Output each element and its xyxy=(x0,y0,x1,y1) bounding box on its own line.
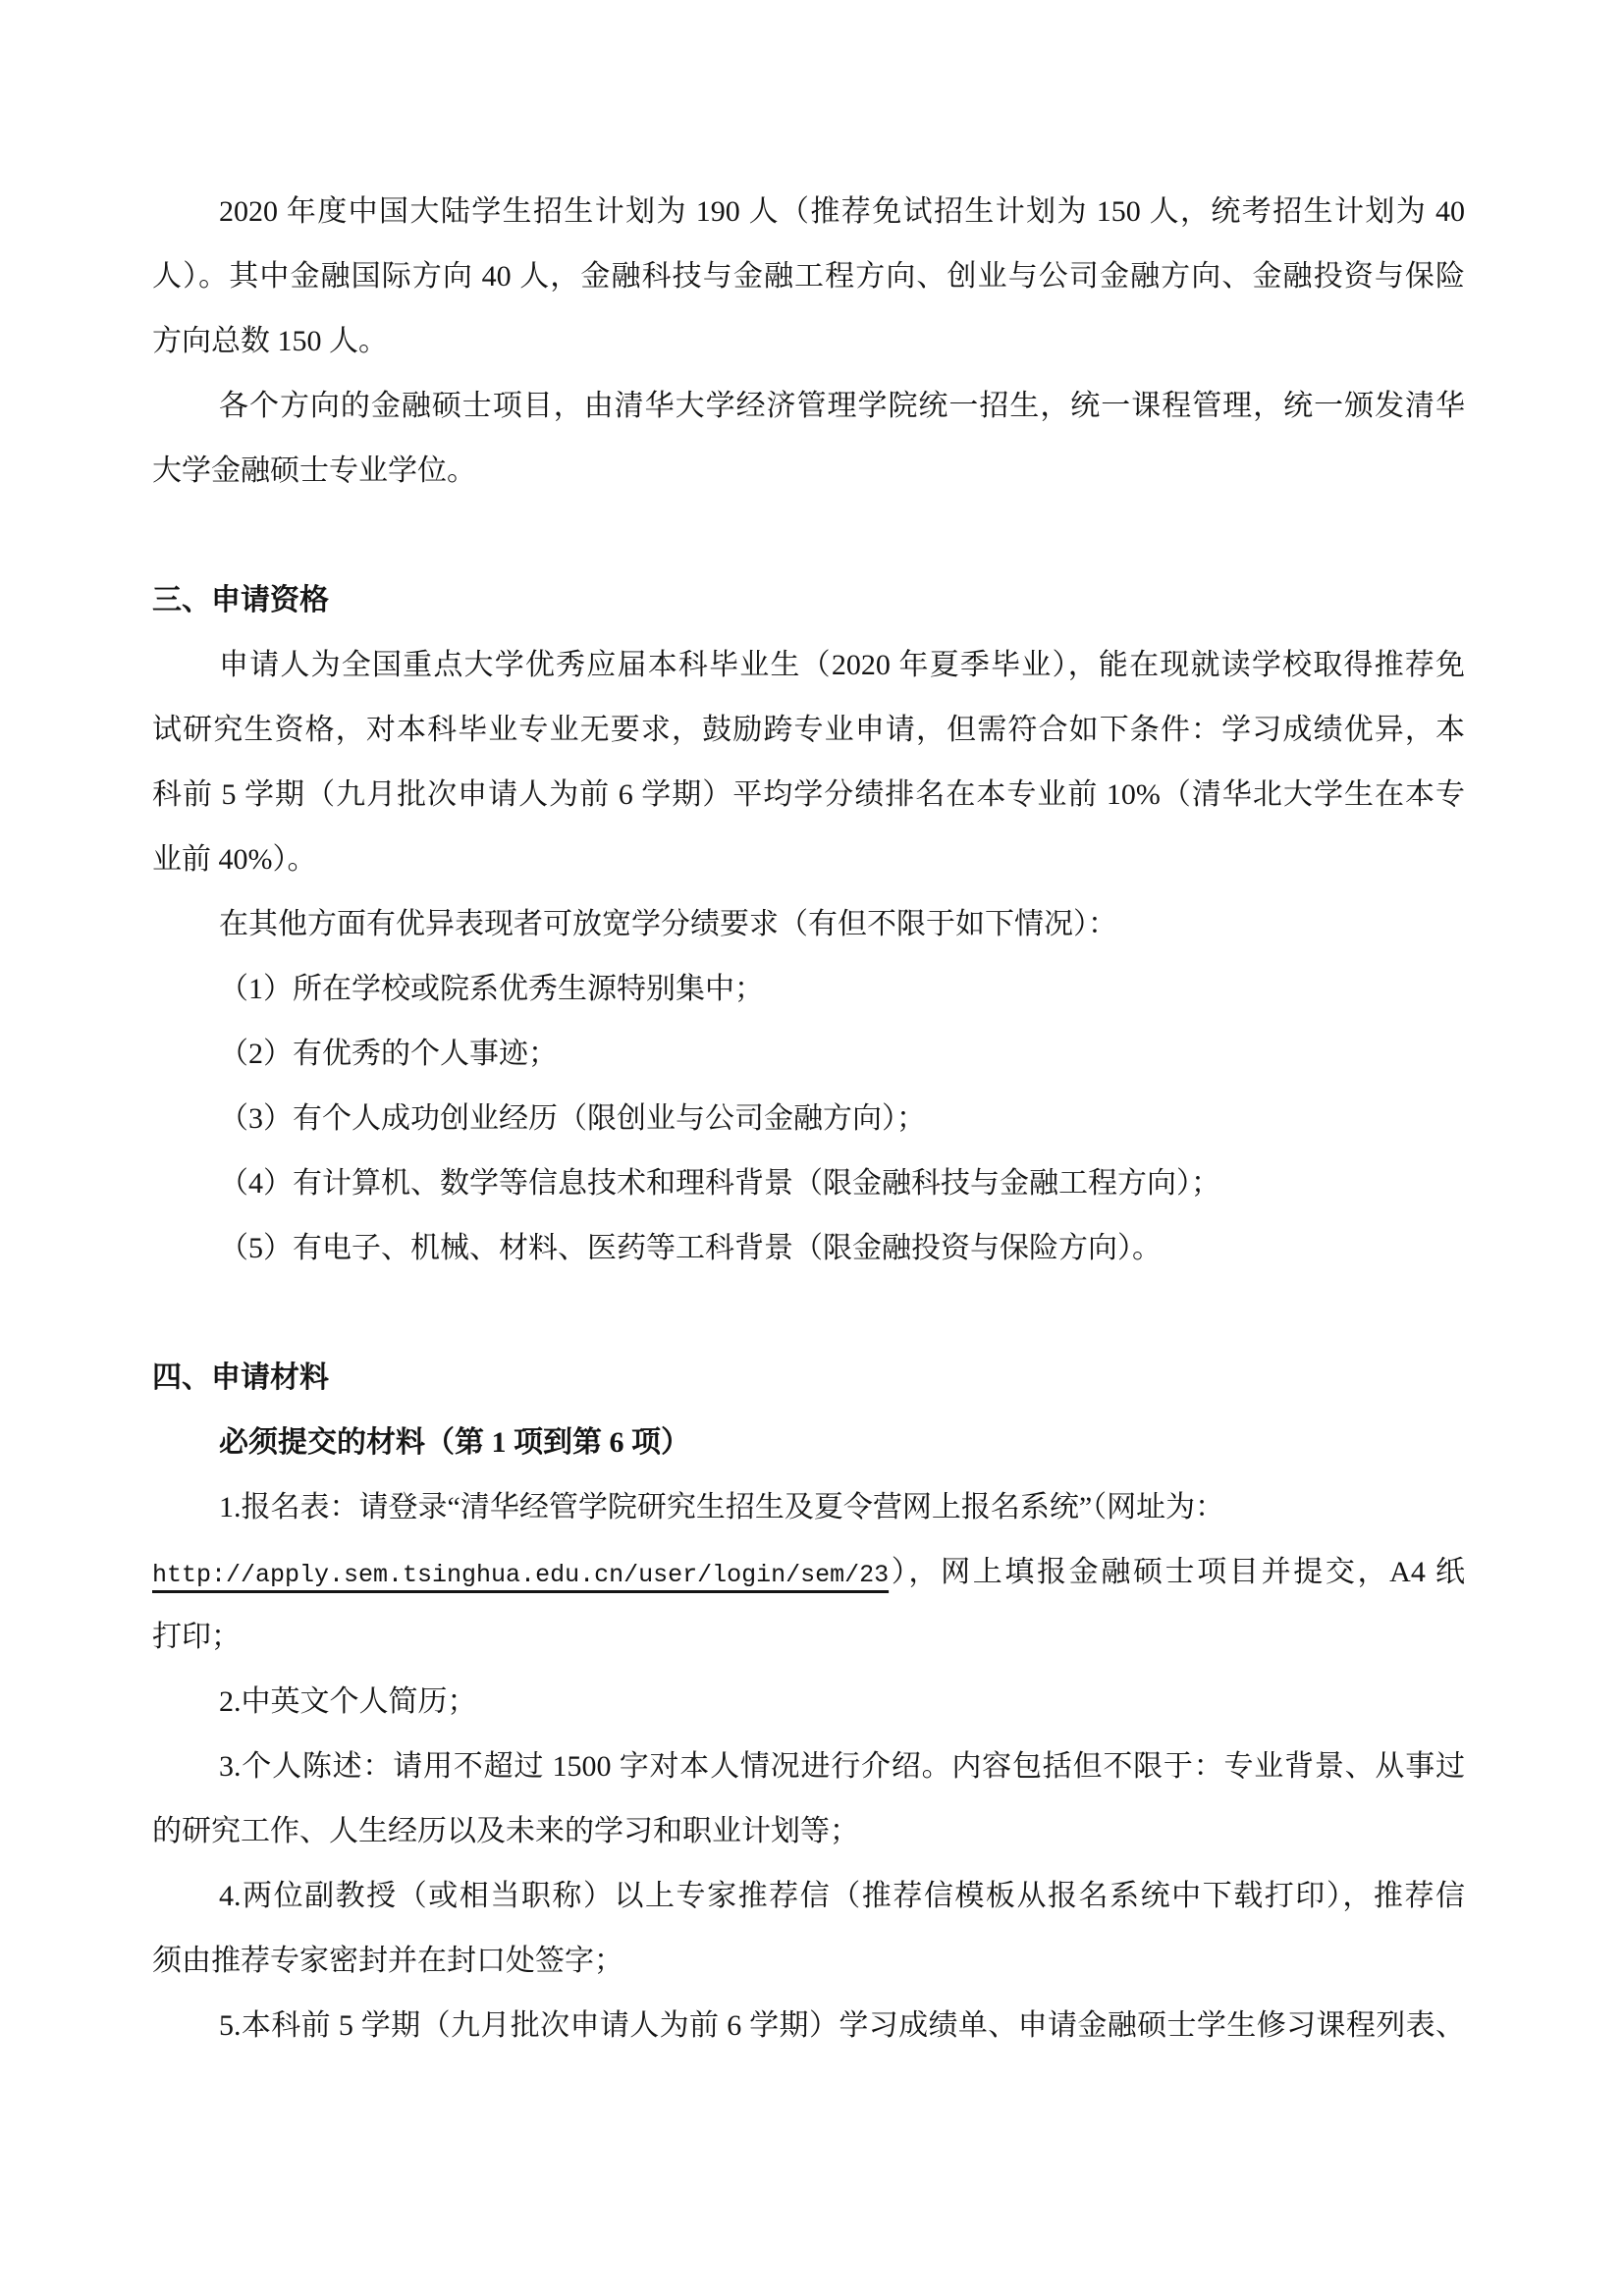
text-span: 须由推荐专家密封并在封口处签字； xyxy=(152,1945,623,1977)
text-span: （5）有电子、机械、材料、医药等工科背景（限金融投资与保险方向）。 xyxy=(219,1232,1162,1264)
text-span: （4）有计算机、数学等信息技术和理科背景（限金融科技与金融工程方向）； xyxy=(219,1167,1220,1200)
text-span: 三、申请资格 xyxy=(152,584,329,616)
text-span: 的研究工作、人生经历以及未来的学习和职业计划等； xyxy=(152,1815,859,1847)
document-body: 2020 年度中国大陆学生招生计划为 190 人（推荐免试招生计划为 150 人… xyxy=(152,180,1465,2058)
document-page: 2020 年度中国大陆学生招生计划为 190 人（推荐免试招生计划为 150 人… xyxy=(0,0,1624,2296)
text-line: 须由推荐专家密封并在封口处签字； xyxy=(152,1929,1465,1994)
text-line: 必须提交的材料（第 1 项到第 6 项） xyxy=(152,1411,1465,1475)
text-span: 方向总数 150 人。 xyxy=(152,325,388,357)
text-line: 5.本科前 5 学期（九月批次申请人为前 6 学期）学习成绩单、申请金融硕士学生… xyxy=(152,1994,1465,2058)
text-line: 科前 5 学期（九月批次申请人为前 6 学期）平均学分绩排名在本专业前 10%（… xyxy=(152,763,1465,828)
text-span: 1.报名表：请登录“清华经管学院研究生招生及夏令营网上报名系统”（网址为： xyxy=(219,1491,1224,1523)
text-line: 1.报名表：请登录“清华经管学院研究生招生及夏令营网上报名系统”（网址为： xyxy=(152,1475,1465,1540)
text-span: 大学金融硕士专业学位。 xyxy=(152,454,476,487)
text-line: 2020 年度中国大陆学生招生计划为 190 人（推荐免试招生计划为 150 人… xyxy=(152,180,1465,244)
text-span: 4.两位副教授（或相当职称）以上专家推荐信（推荐信模板从报名系统中下载打印），推… xyxy=(219,1880,1465,1912)
text-line: 人）。其中金融国际方向 40 人，金融科技与金融工程方向、创业与公司金融方向、金… xyxy=(152,244,1465,309)
text-line: （1）所在学校或院系优秀生源特别集中； xyxy=(152,957,1465,1022)
text-line: 试研究生资格，对本科毕业专业无要求，鼓励跨专业申请，但需符合如下条件：学习成绩优… xyxy=(152,698,1465,763)
text-line: （3）有个人成功创业经历（限创业与公司金融方向）； xyxy=(152,1087,1465,1151)
text-line: http://apply.sem.tsinghua.edu.cn/user/lo… xyxy=(152,1540,1465,1605)
text-line: 方向总数 150 人。 xyxy=(152,309,1465,374)
text-span: （2）有优秀的个人事迹； xyxy=(219,1038,558,1070)
blank-line xyxy=(152,504,1465,568)
text-line: 申请人为全国重点大学优秀应届本科毕业生（2020 年夏季毕业），能在现就读学校取… xyxy=(152,633,1465,698)
url-link[interactable]: http://apply.sem.tsinghua.edu.cn/user/lo… xyxy=(152,1561,889,1589)
section-heading: 四、申请材料 xyxy=(152,1346,1465,1411)
text-span: 试研究生资格，对本科毕业专业无要求，鼓励跨专业申请，但需符合如下条件：学习成绩优… xyxy=(152,714,1465,746)
text-line: 3.个人陈述：请用不超过 1500 字对本人情况进行介绍。内容包括但不限于：专业… xyxy=(152,1735,1465,1799)
text-span: 2020 年度中国大陆学生招生计划为 190 人（推荐免试招生计划为 150 人… xyxy=(219,195,1465,228)
text-line: 业前 40%）。 xyxy=(152,828,1465,892)
text-span: ），网上填报金融硕士项目并提交，A4 纸 xyxy=(889,1556,1465,1588)
text-span: 科前 5 学期（九月批次申请人为前 6 学期）平均学分绩排名在本专业前 10%（… xyxy=(152,778,1465,811)
text-span: 打印； xyxy=(152,1621,241,1653)
text-span: 业前 40%）。 xyxy=(152,843,317,876)
text-span: 在其他方面有优异表现者可放宽学分绩要求（有但不限于如下情况）： xyxy=(219,908,1117,940)
text-span: 申请人为全国重点大学优秀应届本科毕业生（2020 年夏季毕业），能在现就读学校取… xyxy=(219,649,1465,681)
text-line: （2）有优秀的个人事迹； xyxy=(152,1022,1465,1087)
text-line: 2.中英文个人简历； xyxy=(152,1670,1465,1735)
text-span: 2.中英文个人简历； xyxy=(219,1685,477,1718)
text-span: （3）有个人成功创业经历（限创业与公司金融方向）； xyxy=(219,1102,926,1135)
text-line: （5）有电子、机械、材料、医药等工科背景（限金融投资与保险方向）。 xyxy=(152,1216,1465,1281)
text-line: 在其他方面有优异表现者可放宽学分绩要求（有但不限于如下情况）： xyxy=(152,892,1465,957)
text-line: 的研究工作、人生经历以及未来的学习和职业计划等； xyxy=(152,1799,1465,1864)
text-line: 4.两位副教授（或相当职称）以上专家推荐信（推荐信模板从报名系统中下载打印），推… xyxy=(152,1864,1465,1929)
section-heading: 三、申请资格 xyxy=(152,568,1465,633)
text-line: 大学金融硕士专业学位。 xyxy=(152,439,1465,504)
text-line: 各个方向的金融硕士项目，由清华大学经济管理学院统一招生，统一课程管理，统一颁发清… xyxy=(152,374,1465,439)
blank-line xyxy=(152,1281,1465,1346)
text-span: 人）。其中金融国际方向 40 人，金融科技与金融工程方向、创业与公司金融方向、金… xyxy=(152,260,1465,293)
text-line: 打印； xyxy=(152,1605,1465,1670)
text-line: （4）有计算机、数学等信息技术和理科背景（限金融科技与金融工程方向）； xyxy=(152,1151,1465,1216)
text-span: （1）所在学校或院系优秀生源特别集中； xyxy=(219,973,764,1005)
text-span: 各个方向的金融硕士项目，由清华大学经济管理学院统一招生，统一课程管理，统一颁发清… xyxy=(219,390,1465,422)
text-span: 四、申请材料 xyxy=(152,1362,329,1394)
text-span: 3.个人陈述：请用不超过 1500 字对本人情况进行介绍。内容包括但不限于：专业… xyxy=(219,1750,1465,1783)
text-span: 5.本科前 5 学期（九月批次申请人为前 6 学期）学习成绩单、申请金融硕士学生… xyxy=(219,2009,1465,2042)
text-span: 必须提交的材料（第 1 项到第 6 项） xyxy=(219,1426,690,1459)
